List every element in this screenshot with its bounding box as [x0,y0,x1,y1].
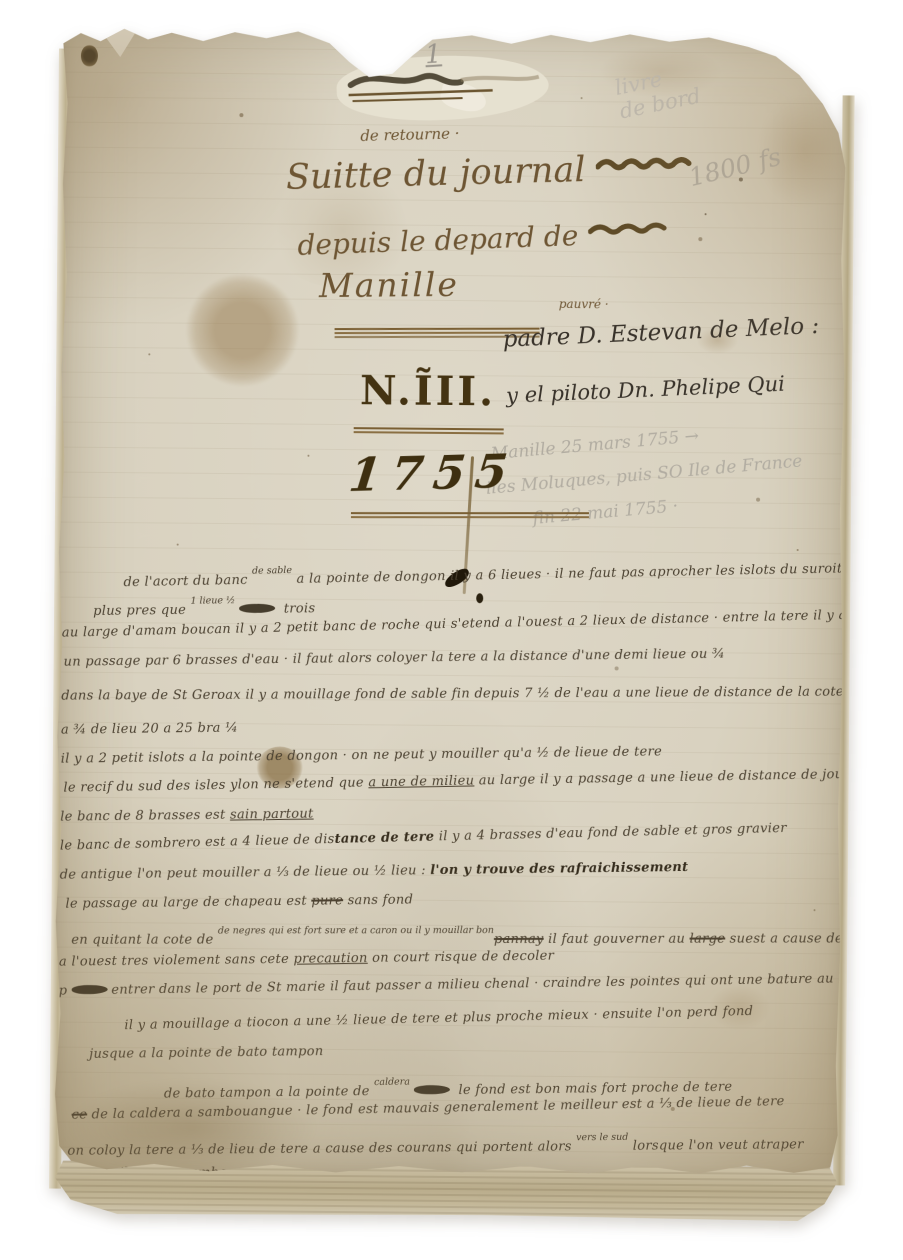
foxing-specks [61,23,63,25]
body-text: de l'acort du banc de sable a la pointe … [57,559,844,1193]
title-text: depuis le depard de [297,219,579,262]
manuscript-text-segment: 1 lieue ½ [190,595,235,607]
manuscript-text-segment: caldera [374,1076,410,1087]
manuscript-text-segment: lorsque l'on veut atraper [628,1137,803,1154]
pencil-note-livre-de-bord: livre de bord [613,60,703,123]
manuscript-text-segment: entrer dans le port de St marie il faut … [111,971,874,998]
manuscript-text-segment: il faut gouverner au [544,932,690,947]
page-number-pencil: 1 [424,39,442,70]
manuscript-text-segment: on coloy la tere a ⅓ de lieu de tere a c… [67,1139,576,1158]
manuscript-text-segment: au large il y a passage a une lieue de d… [474,767,850,789]
manuscript-line: un passage par 6 brasses d'eau · il faut… [63,645,843,675]
manuscript-text-segment: a la pointe de dongon il y a 6 lieues · … [292,560,902,587]
manuscript-text-segment: un passage par 6 brasses d'eau · il faut… [63,647,725,670]
manuscript-text-segment: de bato tampon a la pointe de [164,1084,374,1102]
manuscript-text-segment: de sable [252,565,292,577]
manuscript-line: a l'ouest tres violement sans cete preca… [59,945,841,975]
manuscript-line: a ¾ de lieu 20 a 25 bra ¼ [61,713,843,743]
manuscript-text-segment: jusque a la pointe de bato tampon [89,1044,324,1062]
manuscript-text-segment: a l'ouest tres violement sans cete [59,952,294,970]
ink-scribble-icon [342,59,542,111]
manuscript-text-segment: le recif du sud des isles ylon ne s'eten… [63,775,368,795]
manuscript-text-segment: trois [279,601,315,616]
corner-tear [95,23,141,57]
manuscript-text-segment: p [59,983,68,998]
manuscript-line: jusque a la pointe de bato tampon [89,1038,840,1067]
worm-hole [81,45,98,67]
photo-backdrop: { "page": { "header_note": "de retourne … [0,0,903,1260]
manuscript-text-segment: a une de milieu [368,773,474,790]
ink-flourish-icon [588,220,675,239]
manuscript-book: 1 livre de bord 1800 fs Manille 25 mars … [49,19,855,1228]
manuscript-text-segment: il y a mouillage a tiocon a une ½ lieue … [124,1004,753,1033]
pencil-route-note: Manille 25 mars 1755 → iles Moluques, pu… [489,410,806,539]
manuscript-text-segment: ce [71,1107,87,1122]
volume-underline [354,427,504,430]
manuscript-text-segment: vers le sud [576,1132,628,1143]
byline-note: pauvré · [559,297,609,311]
manuscript-line: en quitant la cote de de negres qui est … [71,924,841,945]
ink-blot [239,604,275,613]
manuscript-line: de l'acort du banc de sable a la pointe … [123,554,844,588]
manuscript-text-segment: de negres qui est fort sure et a caron o… [218,925,494,936]
byline-line-1: padre D. Estevan de Melo : [502,313,820,353]
manuscript-line: il y a mouillage a tiocon a une ½ lieue … [124,1002,840,1038]
manuscript-line: de antigue l'on peut mouiller a ⅓ de lie… [60,858,842,888]
title-line-3: Manille [319,265,459,305]
manuscript-text-segment: le passage au large de chapeau est [65,894,311,912]
manuscript-text-segment: pannay [494,932,544,947]
manuscript-text-segment: dans la baye de St Geroax il y a mouilla… [61,684,844,703]
manuscript-text-segment: precaution [293,951,367,967]
manuscript-line: dans la baye de St Geroax il y a mouilla… [61,684,843,708]
manuscript-text-segment: large [690,932,726,947]
manuscript-text-segment: on court risque de decoler [368,949,555,966]
ink-blot [414,1085,450,1094]
title-line-1: Suitte du journal [285,147,707,198]
manuscript-text-segment: en quitant la cote de [71,932,218,947]
manuscript-line: on coloy la tere a ⅓ de lieu de tere a c… [67,1130,839,1157]
title-line-2: depuis le depard de [297,216,675,262]
manuscript-text-segment: de l'acort du banc [123,573,252,590]
volume-number: N.ĨII. [360,367,496,415]
manuscript-text-segment: l'on y trouve des rafraichissement [430,860,688,878]
manuscript-line: il y a 2 petit islots a la pointe de don… [61,742,843,772]
stain [186,274,299,387]
manuscript-line: le recif du sud des isles ylon ne s'eten… [63,767,842,801]
year-number: 1755 [346,444,520,503]
manuscript-text-segment: sans fond [343,892,413,908]
manuscript-text-segment: tance de tere [334,829,434,846]
manuscript-text-segment: a ¾ de lieu 20 a 25 bra ¼ [61,720,238,737]
ink-blot [71,985,107,995]
manuscript-text-segment: il y a 2 petit islots a la pointe de don… [61,744,662,766]
header-note: de retourne · [360,124,460,145]
manuscript-line: le passage au large de chapeau est pure … [65,887,841,916]
manuscript-text-segment: sain partout [230,806,314,822]
year-underline [351,512,589,514]
manuscript-text-segment: le banc de 8 brasses est [60,808,230,825]
title-text: Suitte du journal [285,150,586,198]
ink-flourish-icon [595,154,707,175]
manuscript-text-segment: le banc de sombrero est a 4 lieue de dis [60,832,335,854]
manuscript-text-segment: pure [311,893,343,908]
manuscript-text-segment: suest a cause des courants qui porte [725,931,903,946]
manuscript-page: 1 livre de bord 1800 fs Manille 25 mars … [51,23,851,1182]
manuscript-line: pentrer dans le port de St marie il faut… [59,971,841,1003]
byline-line-2: y el piloto Dn. Phelipe Qui [506,372,786,408]
manuscript-text-segment: plus pres que [93,603,191,619]
manuscript-text-segment: de antigue l'on peut mouiller a ⅓ de lie… [60,863,431,883]
